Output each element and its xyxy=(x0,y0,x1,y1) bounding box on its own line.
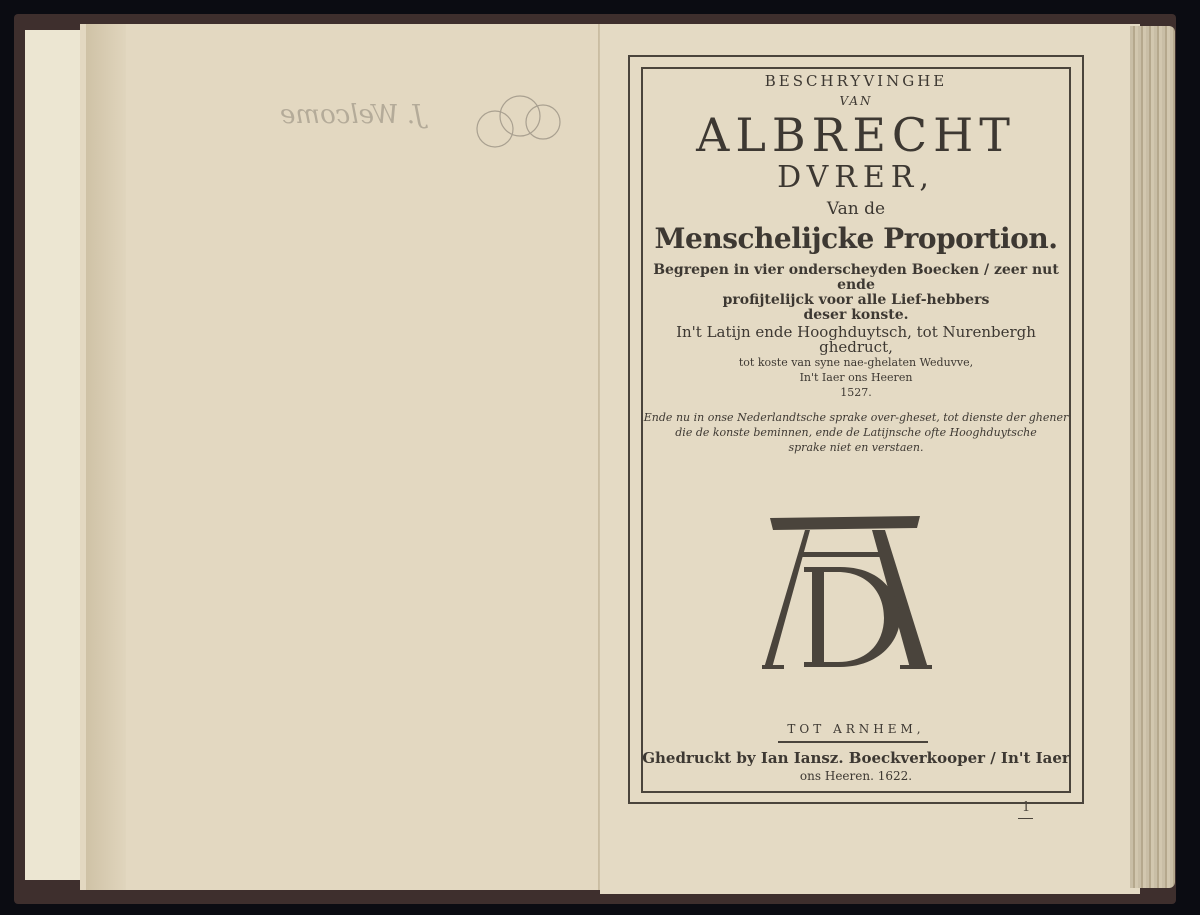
title-line-beschryvinghe: BESCHRYVINGHE xyxy=(641,72,1071,90)
imprint: Ghedruckt by Ian Iansz. Boeckverkooper /… xyxy=(641,749,1071,785)
page-edges xyxy=(1130,26,1175,888)
subtitle: Begrepen in vier onderscheyden Boecken /… xyxy=(641,263,1071,323)
title-line-van: VAN xyxy=(641,94,1071,108)
author-first-name: ALBRECHT xyxy=(641,108,1071,162)
main-title: Menschelijcke Proportion. xyxy=(641,222,1071,255)
signature-flourish-icon xyxy=(465,94,565,154)
original-edition-note: In't Latijn ende Hooghduytsch, tot Nuren… xyxy=(641,325,1071,400)
page-number: 1 xyxy=(1022,800,1030,815)
imprint-place: TOT ARNHEM, xyxy=(641,722,1071,736)
mirrored-signature: J. Welcome xyxy=(280,100,424,130)
author-last-name: DVRER, xyxy=(641,160,1071,195)
endpaper xyxy=(25,30,85,880)
translation-note: Ende nu in onse Nederlandtsche sprake ov… xyxy=(641,410,1071,455)
imprint-rule xyxy=(778,741,928,743)
durer-monogram-icon xyxy=(760,510,935,675)
title-line-van-de: Van de xyxy=(641,199,1071,219)
